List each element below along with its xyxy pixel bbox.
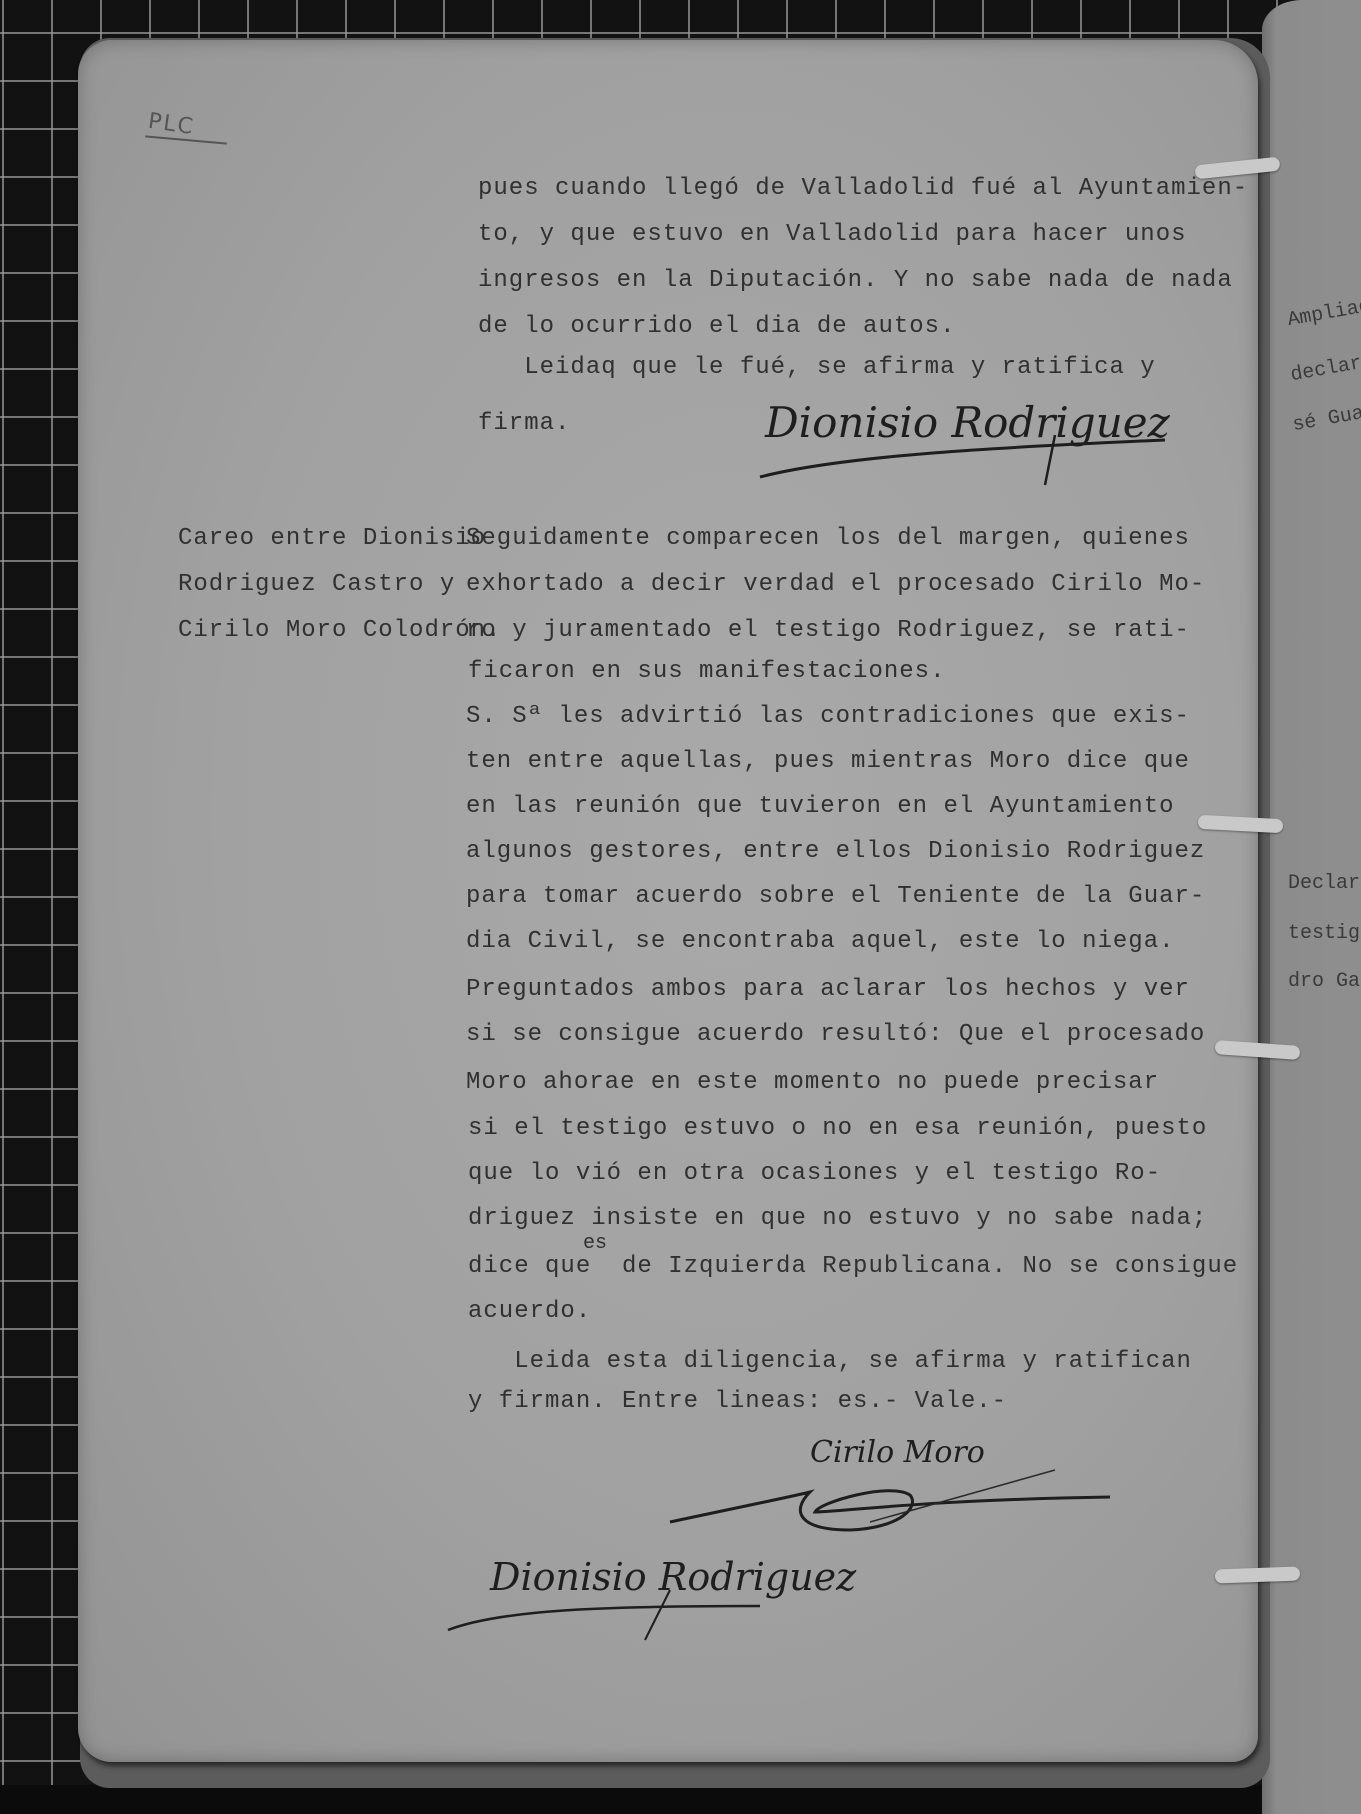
text-line: dia Civil, se encontraba aquel, este lo … xyxy=(466,930,1175,954)
text-line: pues cuando llegó de Valladolid fué al A… xyxy=(478,177,1248,201)
text-line: ingresos en la Diputación. Y no sabe nad… xyxy=(478,269,1233,293)
text-line: ficaron en sus manifestaciones. xyxy=(468,660,945,684)
binding-string-4 xyxy=(1215,1567,1300,1584)
interlinear-insert: es xyxy=(583,1232,607,1255)
signature-text: Dionisio Rodriguez xyxy=(489,1555,857,1599)
next-page-note: dro Garci xyxy=(1288,970,1361,993)
text-line: si se consigue acuerdo resultó: Que el p… xyxy=(466,1023,1205,1047)
text-line: Leidaq que le fué, se afirma y ratifica … xyxy=(478,356,1156,380)
text-line: acuerdo. xyxy=(468,1300,591,1324)
signature-text: Dionisio Rodriguez xyxy=(764,398,1171,447)
text-line: que lo vió en otra ocasiones y el testig… xyxy=(468,1162,1161,1186)
text-line: para tomar acuerdo sobre el Teniente de … xyxy=(466,885,1205,909)
signature-text: Cirilo Moro xyxy=(810,1435,985,1470)
text-line: Preguntados ambos para aclarar los hecho… xyxy=(466,978,1190,1002)
text-line: ro y juramentado el testigo Rodriguez, s… xyxy=(466,619,1190,643)
text-line: exhortado a decir verdad el procesado Ci… xyxy=(466,573,1205,597)
next-page-note: Declaraci xyxy=(1288,872,1361,895)
next-page-note: testigo A xyxy=(1288,922,1361,945)
signature-dionisio-rodriguez-2: Dionisio Rodriguez xyxy=(440,1510,840,1660)
adjacent-page xyxy=(1262,0,1361,1814)
text-line: y firman. Entre lineas: es.- Vale.- xyxy=(468,1390,1007,1414)
text-line: en las reunión que tuvieron en el Ayunta… xyxy=(466,795,1175,819)
text-line: Leida esta diligencia, se afirma y ratif… xyxy=(468,1350,1192,1374)
margin-heading-line: Rodriguez Castro y xyxy=(178,573,455,597)
text-line: Seguidamente comparecen los del margen, … xyxy=(466,527,1190,551)
text-line: Moro ahorae en este momento no puede pre… xyxy=(466,1071,1159,1095)
text-line: S. Sª les advirtió las contradiciones qu… xyxy=(466,705,1190,729)
text-line: ten entre aquellas, pues mientras Moro d… xyxy=(466,750,1190,774)
table-edge xyxy=(0,1785,1361,1814)
text-line: to, y que estuvo en Valladolid para hace… xyxy=(478,223,1187,247)
text-line: firma. xyxy=(478,412,570,436)
text-line: algunos gestores, entre ellos Dionisio R… xyxy=(466,840,1205,864)
margin-heading-line: Cirilo Moro Colodrón. xyxy=(178,619,501,643)
text-line: dice que de Izquierda Republicana. No se… xyxy=(468,1255,1238,1279)
signature-dionisio-rodriguez-1: Dionisio Rodriguez xyxy=(755,385,1175,495)
text-line: de lo ocurrido el dia de autos. xyxy=(478,315,955,339)
text-line: driguez insiste en que no estuvo y no sa… xyxy=(468,1207,1207,1231)
text-line: si el testigo estuvo o no en esa reunión… xyxy=(468,1117,1207,1141)
margin-heading-line: Careo entre Dionisio xyxy=(178,527,486,551)
